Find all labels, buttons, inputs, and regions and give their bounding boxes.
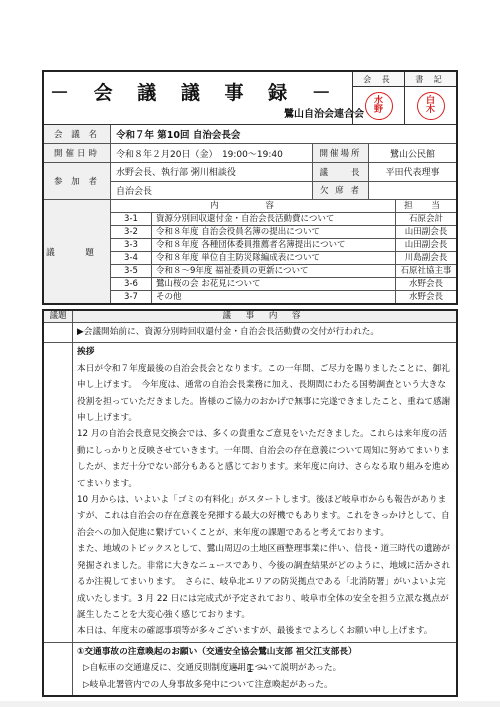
agenda-title: その他 (152, 291, 396, 303)
seal-stamp-icon: 水 野 (365, 92, 393, 120)
datetime-row: 開催日時 令和８年２月20日（金） 19:00～19:40 開催場所 鷺山公民館 (44, 144, 456, 163)
stamp-role-chairman: 会 長 (353, 72, 404, 87)
agenda-row: 3-7 その他 水野会長 (111, 291, 456, 303)
agenda-no: 3-2 (111, 226, 152, 238)
absent-value (369, 182, 456, 200)
minutes-row-greeting: 挨拶 本日が令和７年度最後の自治会長会となります。この一年間、ご尽力を賜りました… (44, 343, 456, 642)
venue-value: 鷺山公民館 (369, 144, 456, 162)
agenda-no: 3-3 (111, 239, 152, 251)
participants-row: 参 加 者 水野会長、執行部 粥川相談役 議 長 平田代表理事 自治会長 欠 席… (44, 163, 456, 200)
agenda-owner: 川島副会長 (396, 252, 456, 264)
minutes-header: 議題 議 事 内 容 (44, 311, 456, 323)
agenda-title: 令和８年度 各種団体委員推薦者名簿提出について (152, 239, 396, 251)
agenda-title: 資源分別回収還付金・自治会長活動費について (152, 213, 396, 225)
minutes-header-content: 議 事 内 容 (73, 311, 456, 322)
pre-meeting-note: ▶会議開始前に、資源分別時回収還付金・自治会長活動費の交付が行われた。 (77, 324, 452, 340)
participants-rows: 水野会長、執行部 粥川相談役 議 長 平田代表理事 自治会長 欠 席 者 (111, 163, 456, 199)
minutes-body: 挨拶 本日が令和７年度最後の自治会長会となります。この一年間、ご尽力を賜りました… (73, 343, 456, 641)
chair-label: 議 長 (313, 163, 369, 181)
agenda-owner: 水野会長 (396, 278, 456, 290)
minutes-table: 議題 議 事 内 容 ▶会議開始前に、資源分別時回収還付金・自治会長活動費の交付… (42, 309, 458, 697)
item1-point: ▷岐阜北署管内での人身事故多発中について注意喚起があった。 (77, 677, 452, 693)
greeting-paragraph: 10 月からは、いよいよ「ゴミの有料化」がスタートします。後ほど岐阜市からも報告… (77, 492, 452, 541)
datetime-label: 開催日時 (44, 144, 111, 162)
minutes-topic-cell (44, 343, 73, 641)
participants-value-1: 水野会長、執行部 粥川相談役 (111, 163, 313, 181)
meeting-name-label: 会 議 名 (44, 125, 111, 143)
agenda-title: 令和８～9年度 福祉委員の更新について (152, 265, 396, 277)
meeting-name-row: 会 議 名 令和７年 第10回 自治会長会 (44, 125, 456, 144)
minutes-row-prenote: ▶会議開始前に、資源分別時回収還付金・自治会長活動費の交付が行われた。 (44, 323, 456, 343)
greeting-paragraph: また、地域のトピックスとして、鷺山周辺の土地区画整理事業に伴い、信長・道三時代の… (77, 541, 452, 623)
greeting-paragraph: 本日は、年度末の確認事項等が多々ございますが、最後までよろしくお願い申し上げます… (77, 623, 452, 639)
venue-label: 開催場所 (313, 144, 369, 162)
document-page: － 会 議 議 事 録 － 鷺山自治会連合会 会 長 書 記 水 野 白 木 (0, 0, 500, 707)
page-number: ～ 1 ～ (0, 660, 500, 676)
participants-line-1: 水野会長、執行部 粥川相談役 議 長 平田代表理事 (111, 163, 456, 182)
agenda-owner: 水野会長 (396, 291, 456, 303)
agenda-header: 内 容 担 当 (111, 200, 456, 213)
minutes-body: ▶会議開始前に、資源分別時回収還付金・自治会長活動費の交付が行われた。 (73, 323, 456, 342)
agenda-row: 3-4 令和８年度 単位自主防災隊編成表について 川島副会長 (111, 252, 456, 265)
agenda-no: 3-5 (111, 265, 152, 277)
minutes-topic-cell (44, 323, 73, 342)
meeting-name-value: 令和７年 第10回 自治会長会 (111, 125, 240, 143)
approval-stamps: 会 長 書 記 水 野 白 木 (352, 72, 456, 124)
greeting-paragraph: 12 月の自治会長意見交換会では、多くの貴重なご意見をいただきました。これらは来… (77, 426, 452, 492)
seal-char: 木 (426, 106, 435, 115)
page-bottom-edge (0, 701, 500, 707)
stamp-role-secretary: 書 記 (404, 72, 456, 87)
greeting-paragraph: 本日が令和７年度最後の自治会長会となります。この一年間、ご尽力を賜りましたことに… (77, 361, 452, 427)
item1-title: ①交通事故の注意喚起のお願い（交通安全協会鷺山支部 祖父江支部長） (77, 644, 452, 660)
agenda-owner: 石原会計 (396, 213, 456, 225)
agenda-row: 3-6 鷺山桜の会 お花見について 水野会長 (111, 278, 456, 291)
agenda-row: 3-1 資源分別回収還付金・自治会長活動費について 石原会計 (111, 213, 456, 226)
agenda-owner: 山田副会長 (396, 239, 456, 251)
agenda-title: 令和８年度 単位自主防災隊編成表について (152, 252, 396, 264)
seal-char: 野 (374, 106, 383, 115)
greeting-title: 挨拶 (77, 344, 452, 360)
absent-label: 欠 席 者 (313, 182, 369, 200)
stamp-cell-chairman: 水 野 (353, 87, 404, 124)
title-row: － 会 議 議 事 録 － 鷺山自治会連合会 会 長 書 記 水 野 白 木 (44, 72, 456, 125)
agenda-owner: 石原社協主事 (396, 265, 456, 277)
agenda-row: 3-5 令和８～9年度 福祉委員の更新について 石原社協主事 (111, 265, 456, 278)
agenda-row: 3-3 令和８年度 各種団体委員推薦者名簿提出について 山田副会長 (111, 239, 456, 252)
minutes-header-topic: 議題 (44, 311, 73, 322)
agenda-title: 鷺山桜の会 お花見について (152, 278, 396, 290)
document-title: － 会 議 議 事 録 － (50, 78, 340, 105)
chair-value: 平田代表理事 (369, 163, 456, 181)
agenda-no: 3-1 (111, 213, 152, 225)
agenda-table: 内 容 担 当 3-1 資源分別回収還付金・自治会長活動費について 石原会計 3… (111, 200, 456, 303)
seal-stamp-icon: 白 木 (417, 92, 445, 120)
agenda-no: 3-7 (111, 291, 152, 303)
agenda-row: 3-2 令和８年度 自治会役員名簿の提出について 山田副会長 (111, 226, 456, 239)
participants-line-2: 自治会長 欠 席 者 (111, 182, 456, 200)
participants-label: 参 加 者 (44, 163, 111, 199)
agenda-no: 3-4 (111, 252, 152, 264)
agenda-title: 令和８年度 自治会役員名簿の提出について (152, 226, 396, 238)
agenda-header-owner: 担 当 (396, 200, 456, 212)
agenda-header-content: 内 容 (111, 200, 396, 212)
agenda-label: 議 題 (44, 200, 111, 303)
agenda-section: 議 題 内 容 担 当 3-1 資源分別回収還付金・自治会長活動費について 石原… (44, 200, 456, 303)
agenda-no: 3-6 (111, 278, 152, 290)
meeting-header-table: － 会 議 議 事 録 － 鷺山自治会連合会 会 長 書 記 水 野 白 木 (42, 70, 458, 305)
participants-value-2: 自治会長 (111, 182, 313, 200)
stamp-cell-secretary: 白 木 (404, 87, 456, 124)
agenda-owner: 山田副会長 (396, 226, 456, 238)
datetime-value: 令和８年２月20日（金） 19:00～19:40 (111, 144, 313, 162)
